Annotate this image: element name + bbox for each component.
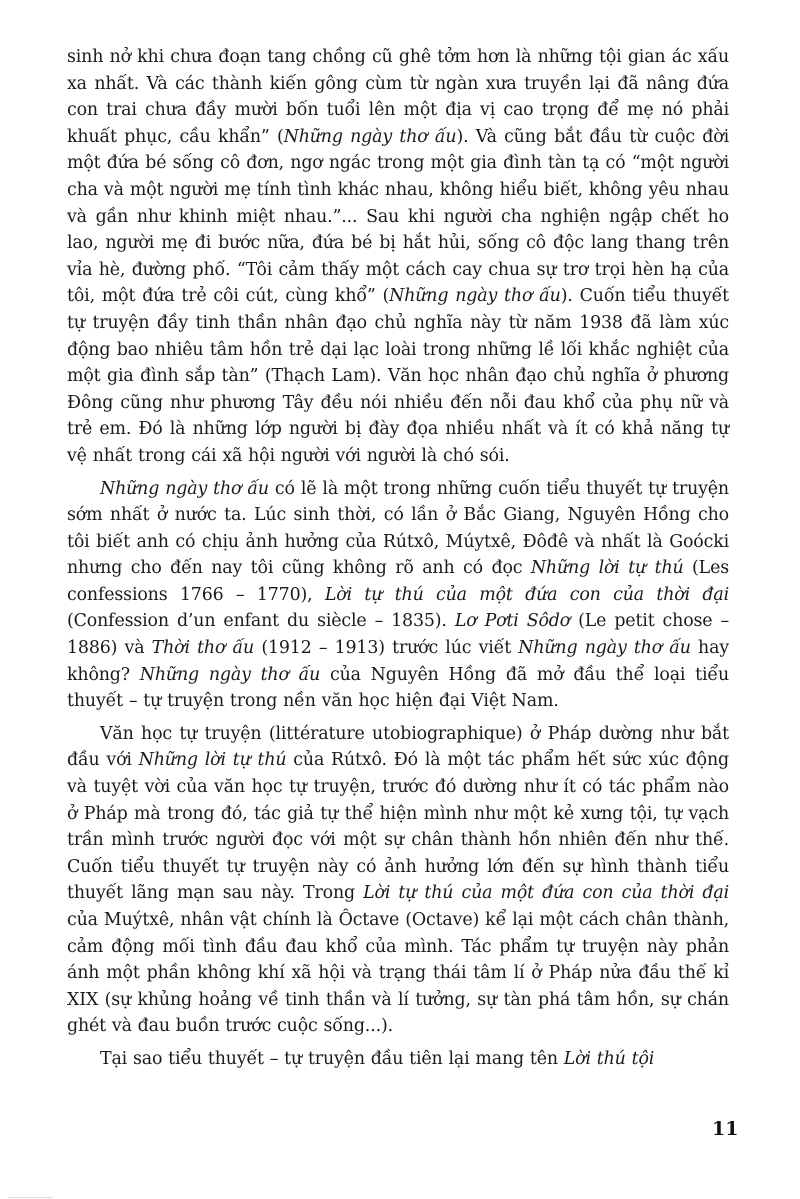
paragraph-1: sinh nở khi chưa đoạn tang chồng cũ ghê … xyxy=(67,44,729,470)
text-run: Tại sao tiểu thuyết – tự truyện đầu tiên… xyxy=(100,1049,564,1069)
book-title: Những lời tự thú xyxy=(531,558,684,578)
page-body: sinh nở khi chưa đoạn tang chồng cũ ghê … xyxy=(67,44,729,1073)
book-title: Những ngày thơ ấu xyxy=(284,127,457,147)
book-title: Lời thú tội xyxy=(564,1049,654,1069)
paragraph-2: Những ngày thơ ấu có lẽ là một trong nhữ… xyxy=(67,476,729,715)
book-title: Những ngày thơ ấu xyxy=(140,665,320,685)
text-run: của Muýtxê, nhân vật chính là Ôctave (Oc… xyxy=(67,910,729,1036)
book-title: Lời tự thú của một đứa con của thời đại xyxy=(363,883,729,903)
text-run: (Confession d’un enfant du siècle – 1835… xyxy=(67,611,455,631)
book-title: Những ngày thơ ấu xyxy=(518,638,691,658)
book-title: Thời thơ ấu xyxy=(152,638,254,658)
text-run: ). Cuốn tiểu thuyết tự truyện đầy tinh t… xyxy=(67,286,729,466)
paragraph-4: Tại sao tiểu thuyết – tự truyện đầu tiên… xyxy=(67,1046,729,1073)
book-title: Lời tự thú của một đứa con của thời đại xyxy=(325,585,729,605)
text-run: (1912 – 1913) trước lúc viết xyxy=(254,638,518,658)
book-title: Những ngày thơ ấu xyxy=(389,286,561,306)
book-title: Lơ Pơti Sôdơ xyxy=(455,611,570,631)
scan-artifact-line xyxy=(8,1197,53,1198)
book-title: Những lời tự thú xyxy=(139,750,287,770)
text-run: ). Và cũng bắt đầu từ cuộc đời một đứa b… xyxy=(67,127,729,307)
text-run: của Rútxô. Đó là một tác phẩm hết sức xú… xyxy=(67,750,729,903)
paragraph-3: Văn học tự truyện (littérature utobiogra… xyxy=(67,721,729,1040)
page-number: 11 xyxy=(712,1118,738,1140)
book-title: Những ngày thơ ấu xyxy=(100,479,269,499)
